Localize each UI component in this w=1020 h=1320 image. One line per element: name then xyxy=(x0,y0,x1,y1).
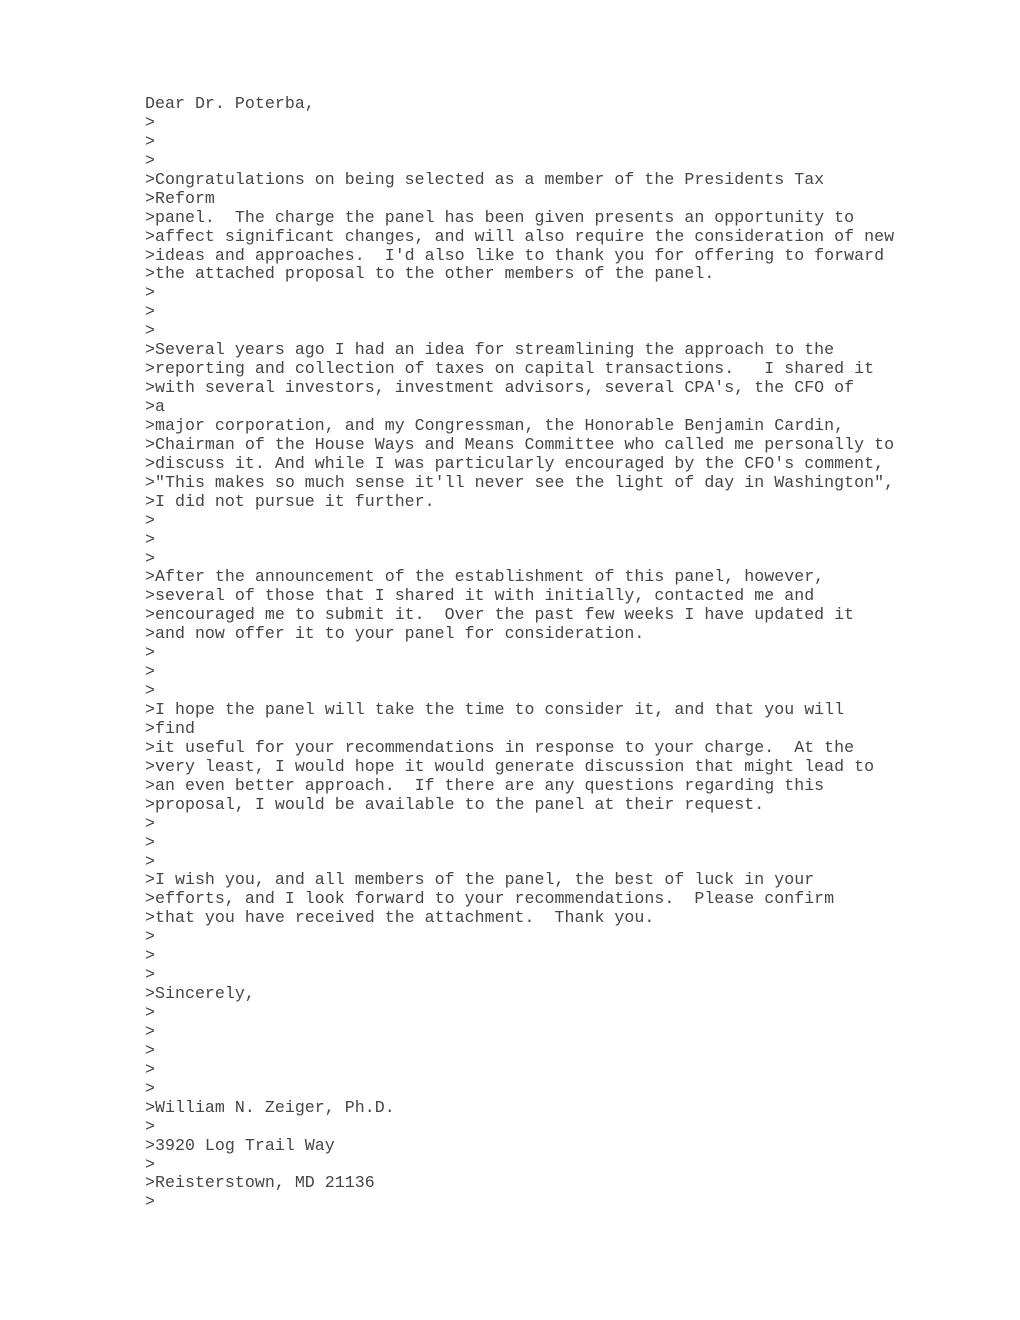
document-page: Dear Dr. Poterba, > > > >Congratulations… xyxy=(0,0,1020,1320)
email-letter-text: Dear Dr. Poterba, > > > >Congratulations… xyxy=(145,95,894,1212)
